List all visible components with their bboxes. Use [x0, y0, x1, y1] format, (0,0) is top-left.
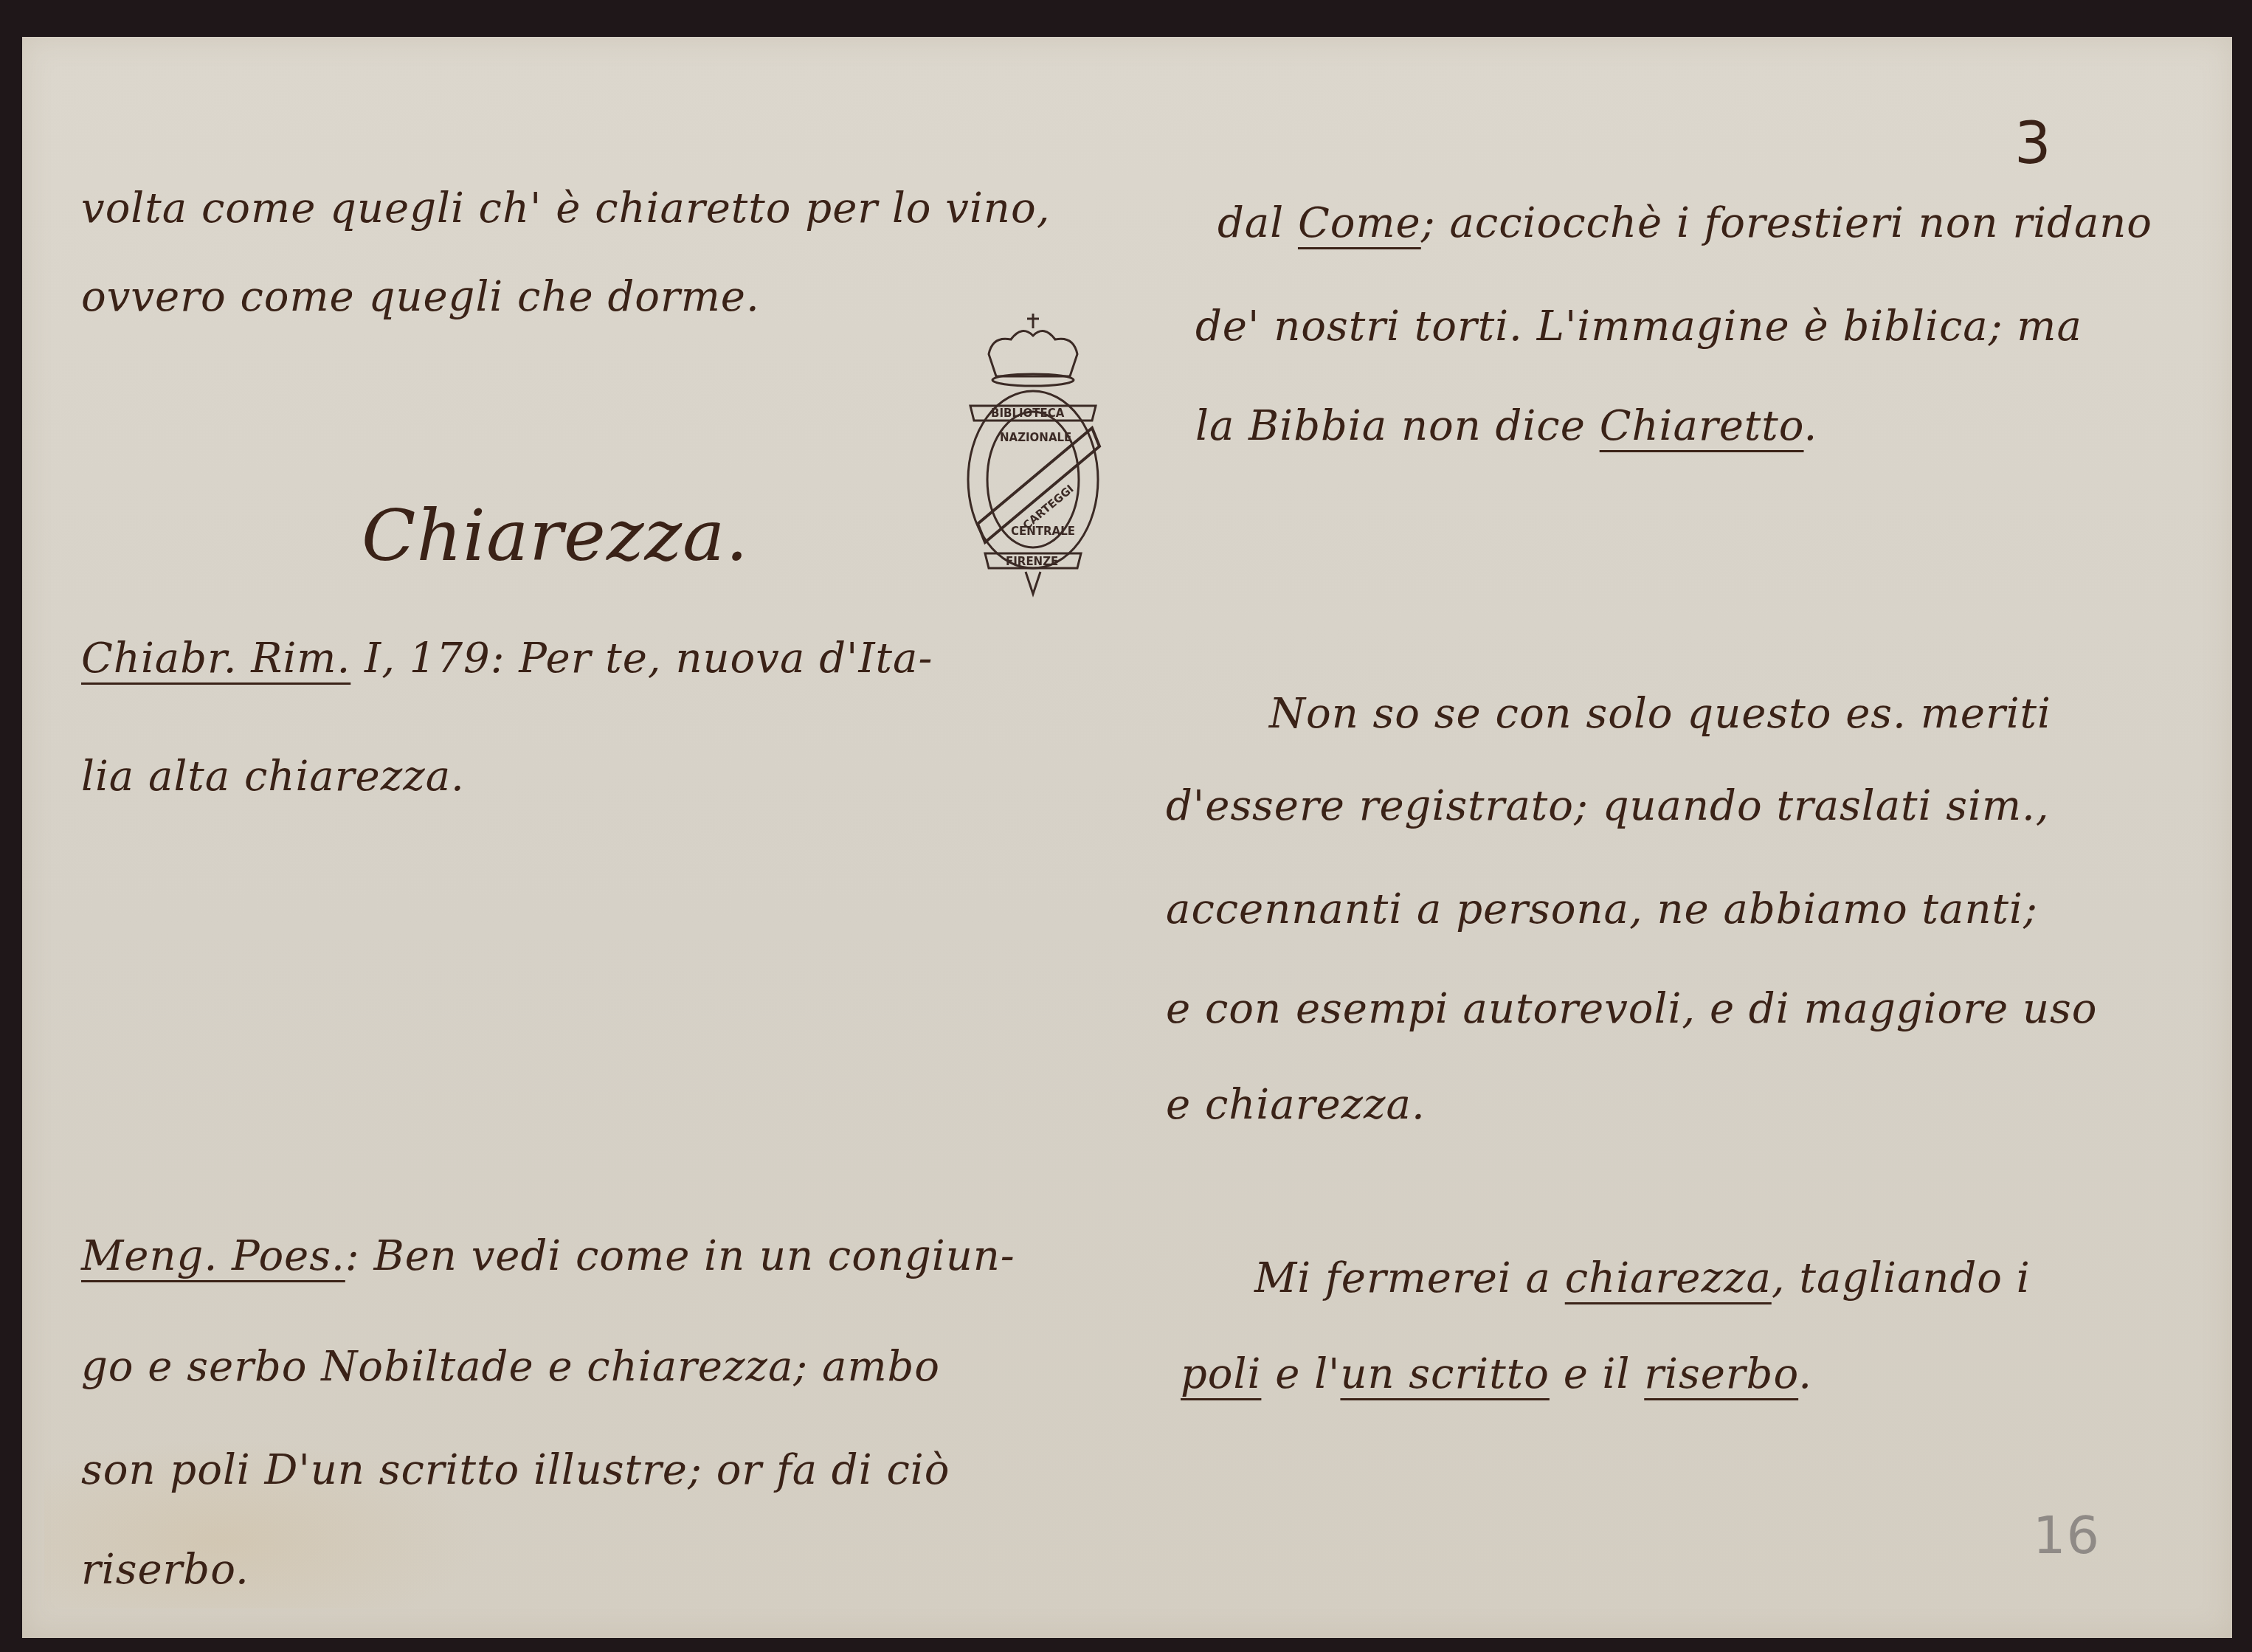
stamp-text-bottom: FIRENZE [1006, 555, 1058, 568]
underlined-word: riserbo [1644, 1350, 1798, 1398]
right-para1-line-3: la Bibbia non dice Chiaretto. [1195, 402, 1817, 450]
right-para2-line-1: Non so se con solo questo es. meriti [1269, 690, 2051, 738]
text: , tagliando i [1772, 1254, 2031, 1302]
right-para2-line-4: e con esempi autorevoli, e di maggiore u… [1166, 985, 2097, 1033]
entry-mengozzi-line-4: riserbo. [81, 1546, 249, 1594]
text: Mi fermerei a [1254, 1254, 1565, 1302]
source-abbreviation: Chiabr. Rim. [81, 635, 350, 682]
citation-text: I, 179: Per te, nuova d'Ita- [350, 635, 933, 682]
stamp-text-top: BIBLIOTECA [991, 407, 1065, 420]
text: e il [1550, 1350, 1644, 1398]
underlined-word: Come [1298, 199, 1421, 247]
right-para2-line-2: d'essere registrato; quando traslati sim… [1166, 782, 2050, 830]
source-abbreviation: Meng. Poes. [81, 1232, 345, 1280]
underlined-word: chiarezza [1565, 1254, 1772, 1302]
text: ; acciocchè i forestieri non ridano [1421, 199, 2152, 247]
archive-pencil-number: 16 [2033, 1505, 2100, 1566]
entry-heading-chiarezza: Chiarezza. [362, 494, 749, 577]
citation-text: : Ben vedi come in un congiun- [345, 1232, 1015, 1280]
entry-mengozzi-line-2: go e serbo Nobiltade e chiarezza; ambo [81, 1343, 940, 1391]
right-para2-line-3: accennanti a persona, ne abbiamo tanti; [1166, 885, 2038, 933]
entry-mengozzi: Meng. Poes.: Ben vedi come in un congiun… [81, 1232, 1015, 1280]
entry-chiabrera: Chiabr. Rim. I, 179: Per te, nuova d'Ita… [81, 635, 933, 682]
text: la Bibbia non dice [1195, 402, 1600, 450]
text: . [1798, 1350, 1812, 1398]
entry-mengozzi-line-3: son poli D'un scritto illustre; or fa di… [81, 1446, 950, 1494]
text: . [1804, 402, 1818, 450]
folio-number: 3 [2014, 111, 2052, 177]
library-stamp-icon: BIBLIOTECA NAZIONALE CARTEGGI CENTRALE F… [956, 310, 1111, 598]
underlined-word: poli [1181, 1350, 1261, 1398]
text: e l' [1261, 1350, 1340, 1398]
stamp-text-left: NAZIONALE [1000, 431, 1071, 444]
right-para3-line-2: poli e l'un scritto e il riserbo. [1181, 1350, 1812, 1398]
right-para2-line-5: e chiarezza. [1166, 1081, 1426, 1129]
left-line-1: volta come quegli ch' è chiaretto per lo… [81, 184, 1050, 232]
text: dal [1217, 199, 1298, 247]
right-para1-line-2: de' nostri torti. L'immagine è biblica; … [1195, 303, 2082, 350]
entry-chiabrera-line-2: lia alta chiarezza. [81, 753, 465, 801]
underlined-word: Chiaretto [1600, 402, 1804, 450]
stamp-text-right: CENTRALE [1011, 525, 1075, 538]
underlined-word: un scritto [1340, 1350, 1549, 1398]
right-para1-line-1: dal Come; acciocchè i forestieri non rid… [1217, 199, 2152, 247]
left-line-2: ovvero come quegli che dorme. [81, 273, 760, 321]
right-para3-line-1: Mi fermerei a chiarezza, tagliando i [1254, 1254, 2031, 1302]
